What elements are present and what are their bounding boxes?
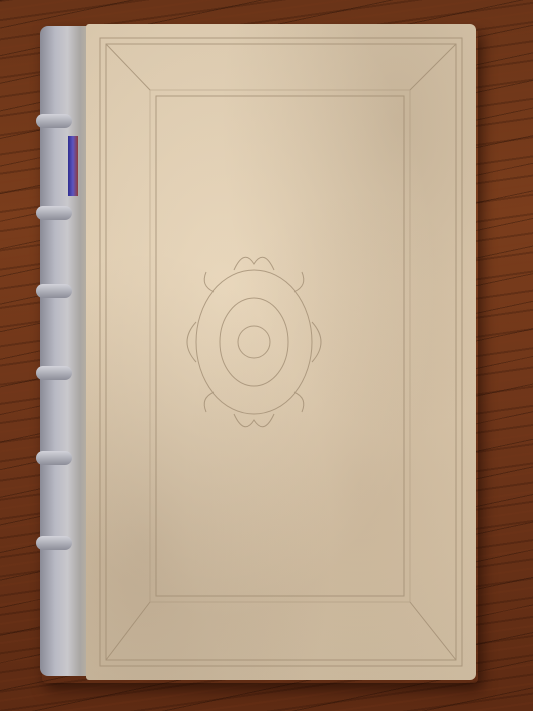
spine-raised-band bbox=[36, 451, 72, 465]
spine-raised-band bbox=[36, 206, 72, 220]
blind-tooling bbox=[86, 24, 476, 680]
spine-raised-band bbox=[36, 114, 72, 128]
spine-raised-band bbox=[36, 536, 72, 550]
spine-raised-band bbox=[36, 284, 72, 298]
center-cartouche-ornament bbox=[187, 257, 321, 426]
book-spine bbox=[40, 26, 90, 676]
spine-raised-band bbox=[36, 366, 72, 380]
spine-label bbox=[68, 136, 78, 196]
